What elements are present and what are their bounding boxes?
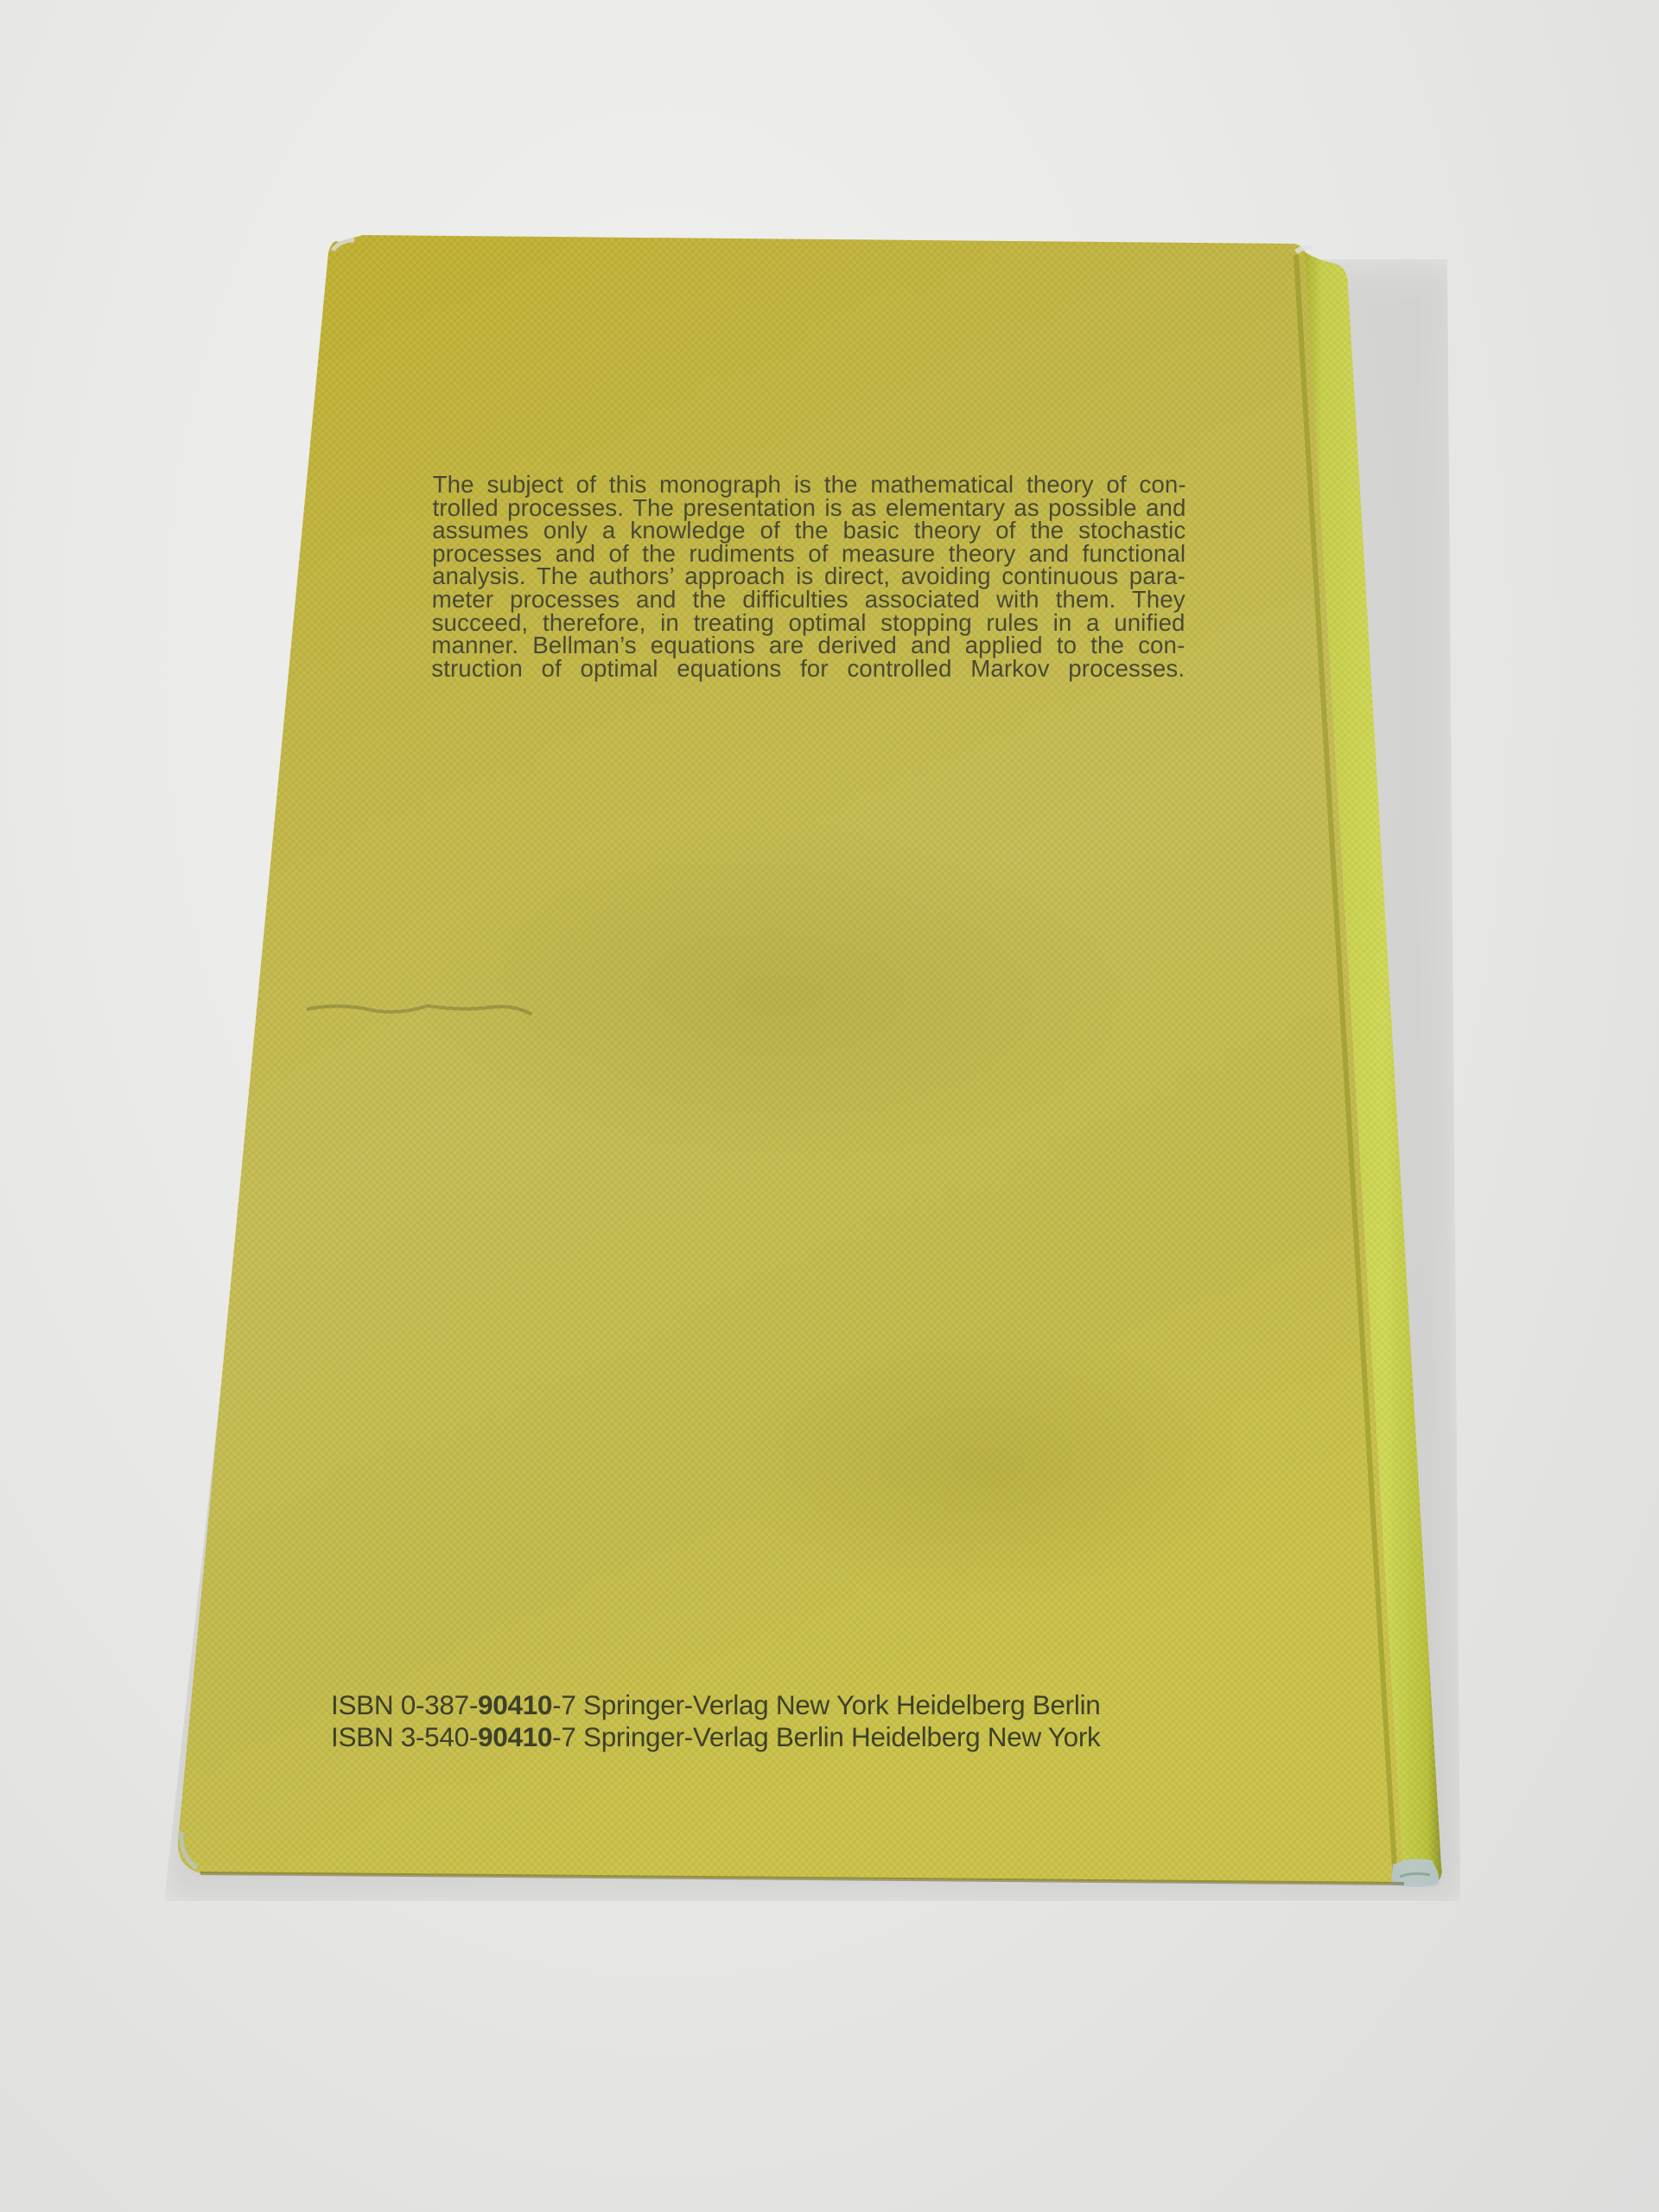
isbn-line-de: ISBN 3-540-90410-7 Springer-Verlag Berli… [331, 1721, 1100, 1753]
book [0, 0, 1659, 2212]
blurb-line: analysis. The authors’ approach is direc… [432, 565, 1185, 588]
isbn-publisher: -7 Springer-Verlag New York Heidelberg B… [552, 1689, 1100, 1720]
isbn-prefix: ISBN 0-387- [331, 1689, 478, 1720]
blurb-line: meter processes and the difficulties ass… [432, 588, 1185, 612]
isbn-prefix: ISBN 3-540- [331, 1721, 478, 1752]
blurb-line: struction of optimal equations for contr… [431, 658, 1185, 681]
blurb-line: processes and of the rudiments of measur… [432, 543, 1185, 566]
back-cover-blurb: The subject of this monograph is the mat… [431, 474, 1186, 680]
photo-scene: The subject of this monograph is the mat… [0, 0, 1659, 2212]
isbn-title-number: 90410 [478, 1689, 552, 1720]
isbn-line-us: ISBN 0-387-90410-7 Springer-Verlag New Y… [331, 1689, 1100, 1721]
blurb-line: trolled processes. The presentation is a… [432, 497, 1185, 520]
isbn-publisher: -7 Springer-Verlag Berlin Heidelberg New… [552, 1721, 1100, 1752]
blurb-line: The subject of this monograph is the mat… [433, 474, 1186, 497]
isbn-block: ISBN 0-387-90410-7 Springer-Verlag New Y… [331, 1689, 1100, 1753]
blurb-line: manner. Bellman’s equations are derived … [431, 634, 1185, 658]
isbn-title-number: 90410 [478, 1721, 552, 1752]
blurb-line: succeed, therefore, in treating optimal … [432, 612, 1185, 635]
blurb-line: assumes only a knowledge of the basic th… [432, 519, 1185, 543]
